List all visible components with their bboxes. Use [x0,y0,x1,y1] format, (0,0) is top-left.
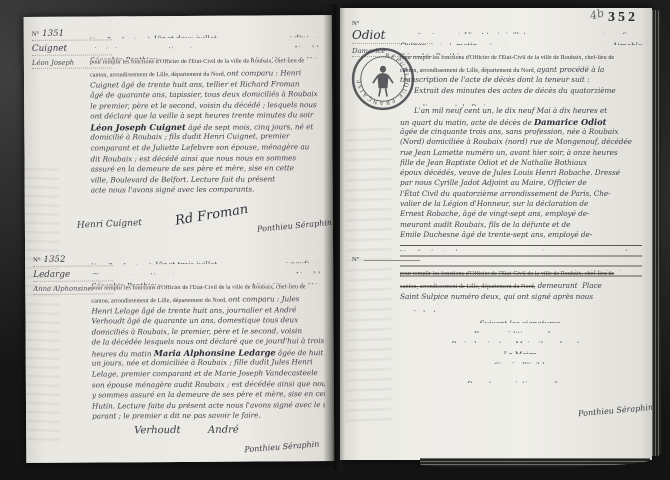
text-segment: Ernest Robache, âgé de vingt-sept ans, e… [400,209,589,218]
text-segment: comparant et de Juliette Lefebvre son ép… [90,142,309,152]
act-surname: Ledarge [33,270,70,280]
text-segment: Quinze [400,41,426,44]
register-line: Signé : Illisible [400,354,642,364]
marianne-figure [373,66,393,97]
signature-officer: Ponthieu Séraphin [244,440,320,455]
register-line: vingt cinq minutes du matin par-devant n… [90,37,323,49]
register-line: pour remplir les fonctions d'Officier de… [400,55,642,65]
text-segment: pour remplir les fonctions d'Officier de… [400,271,614,277]
numero-label: N° [33,257,40,264]
blank-rule [577,373,640,383]
text-segment: transcription de l'acte de décès dont la… [400,75,589,84]
book-gutter-shadow [323,4,345,470]
register-line: transcription de l'acte de décès dont la… [400,75,642,85]
text-segment: pour remplir les fonctions d'Officier de… [400,55,614,61]
blank-rule [402,373,465,383]
blank-rule [402,323,472,333]
right-page: 352 4b N° Odiot Damarice RÉPUBLIQUE FRAN… [340,8,652,460]
text-segment: Léon Joseph Cuignet [90,122,186,133]
page-stack-edge-bottom [420,458,650,467]
blank-rule [402,312,477,322]
register-line: un quart du matin, acte de décès de Dama… [400,117,642,127]
text-segment: canton, arrondissement de Lille, départe… [91,298,228,305]
register-line: Pour transcription conforme [400,373,642,383]
register-line: Emile Duchesne âgé de trente-sept ans, e… [400,230,642,240]
signature-officer: Ponthieu Séraphin [578,403,654,419]
text-segment: Suivent les signatures. [479,319,562,322]
text-segment: demeurant [535,281,582,290]
register-line: L'an mil neuf cent un, le Vingt trois ju… [400,24,642,34]
blank-rule [488,251,543,261]
page-stack-edge-right [652,10,661,456]
text-segment: âgé de sept mois, cinq jours, né et [186,122,313,132]
register-line: par nous Cyrille Jadot Adjoint au Maire,… [400,178,642,188]
register-line: acte nous l'avons signé avec les compara… [91,184,324,196]
text-segment: parant ; le premier a dit ne pas savoir … [92,411,261,421]
text-segment: âgée de cinquante trois ans, sans profes… [400,127,618,136]
register-line: Quinze minutes du matin par-devant nous … [400,34,642,44]
text-segment: Verhoudt âgé de quarante un ans, domesti… [91,316,298,326]
blank-rule [550,354,640,364]
act-number: 1351 [42,29,64,39]
text-segment: L'an [90,38,102,39]
blank-rule [364,247,420,261]
text-segment: son épouse ménagère audit Roubaix ; est … [92,379,325,389]
signature-witness: Rd Froman [174,202,249,229]
text-segment: âgée de huit mois, vingt [276,348,325,358]
ink-bleedthrough [25,167,61,447]
text-segment: fille de Jean Baptiste Odiot et de Natha… [400,158,587,167]
act-surname: Cuignet [32,44,67,54]
text-segment: Signé : Illisible [494,361,549,364]
blank-rule [493,96,640,106]
register-scan: N°1351 Cuignet Léon Joseph L'an mil neuf… [0,0,670,480]
act-1351-body: L'an mil neuf cent un, le Vingt deux jui… [90,26,324,196]
register-line: rue Jean Lamette numéro un, avant hier s… [400,148,642,158]
text-segment: domiciliés à Roubaix, le premier, père e… [92,326,302,336]
text-segment: Pour expédition conforme [474,330,568,333]
register-line: (Nord) domiciliée à Roubaix (nord) rue d… [400,137,642,147]
text-segment: Aimable [612,41,642,44]
register-line: âgée de cinquante trois ans, sans profes… [400,127,642,137]
text-segment: Maria Alphonsine Ledarge [154,347,276,358]
blank-rule [586,251,641,261]
text-segment: par nous Cyrille Jadot Adjoint au Maire,… [400,178,587,187]
numero-label: N° [352,20,359,27]
text-segment: ville, Boulevard de Belfort. Lecture fai… [91,174,276,184]
text-segment: un quart du matin, acte de décès de [400,118,534,127]
blank-rule [402,343,501,353]
blank-rule [402,354,492,364]
register-line: pour remplir les fonctions d'Officier de… [400,271,642,281]
text-segment: domicilié à Roubaix ; fils dudit Henri C… [90,132,289,142]
act-given-names: Léon Joseph [32,59,74,67]
text-segment: Lelage, premier comparant et de Marie Jo… [92,368,318,378]
text-segment: heures du matin [92,349,154,358]
text-segment: pour remplir les fonctions d'Officier de… [90,58,304,65]
signature-officer: Ponthieu Séraphin [257,218,333,234]
register-line: L'an mil neuf cent un, le dix neuf Mai à… [400,106,642,116]
blank-rule [593,333,640,343]
left-page: N°1351 Cuignet Léon Joseph L'an mil neuf… [24,15,335,463]
register-line: fille de Jean Baptiste Odiot et de Natha… [400,158,642,168]
blank-rule [546,240,623,250]
blank-rule [453,302,640,312]
text-segment: l'État Civil du quatorzième arrondisseme… [400,189,611,198]
text-segment: Le Maire. [503,350,538,353]
text-segment: (Nord) domiciliée à Roubaix (nord) rue d… [400,137,632,146]
register-line: après lecture. [400,302,642,312]
register-line: Extrait des minutes des actes de décès d… [400,86,642,96]
register-line: , Adjoint délégué par le Maire, [400,261,642,271]
text-segment: ont comparu : Jules [228,294,299,303]
text-segment: Emile Duchesne âgé de trente-sept ans, e… [400,230,592,239]
text-segment: acte nous l'avons signé avec les compara… [91,185,255,195]
blank-rule [570,323,640,333]
blank-rule [528,24,600,34]
text-segment: matin [139,271,160,275]
act-number: 1352 [44,255,66,265]
register-line: parant ; le premier a dit ne pas savoir … [92,410,325,422]
blank-rule [470,45,564,55]
text-segment: Place [582,281,602,290]
text-segment: ont comparu : Henri [227,68,301,77]
register-line: Séraphin Ponthieu, Adjoint délégué par l… [400,45,642,55]
text-segment: canton, arrondissement de Lille, départe… [90,72,227,79]
text-segment: rue Jean Lamette numéro un, avant hier s… [400,148,618,157]
register-line: L'an mil neuf cent un, leàheures [400,240,642,250]
text-segment: Cinq [91,271,108,275]
numero-label: N° [32,31,39,38]
act-odiot-body: L'an mil neuf cent un, le Vingt trois ju… [400,24,642,383]
text-segment: Cuignet âgé de trente huit ans, tellier … [90,79,299,89]
text-segment: Pour transcription conforme [467,380,575,383]
blank-rule [402,261,564,271]
text-segment: Henri Lelage âgé de trente huit ans, jou… [91,305,296,315]
text-segment: dit Roubaix ; est décédé ainsi que nous … [90,153,296,163]
text-segment: valier de la Légion d'Honneur, sur la dé… [400,199,588,208]
text-segment: Saint Sulpice numéro deux, qui ont signé… [400,292,593,301]
act-given-names: Anna Alphonsine [33,285,91,293]
blank-rule [462,240,539,250]
handwritten-page-mark: 4b [589,6,606,22]
register-line: Paris, le vingt un Mai mil neuf cent un [400,333,642,343]
blank-form-numero: N° [352,247,422,263]
register-line: canton, arrondissement de Lille, départe… [400,65,642,75]
register-line: Saint Sulpice numéro deux, qui ont signé… [400,292,642,302]
blank-rule [522,34,610,44]
register-line: époux décédés, veuve de Jules Louis Henr… [400,168,642,178]
register-line: l'État Civil du quatorzième arrondisseme… [400,189,642,199]
text-segment: époux décédés, veuve de Jules Louis Henr… [400,168,620,177]
text-segment: ayant procédé à la [537,65,605,74]
register-line: Pour expédition conforme [400,323,642,333]
text-segment: canton, arrondissement de Lille, départe… [400,284,535,290]
text-segment: Extrait des minutes des actes de décès d… [414,86,616,95]
act-surname: Odiot [352,28,385,42]
text-segment: canton, arrondissement de Lille, départe… [400,68,537,74]
text-segment: âgé de quarante ans, tapissier, tous deu… [90,89,318,99]
register-line: meurant audit Roubaix, fils de la défunt… [400,220,642,230]
signature-declarant-1: Henri Cuignet [77,218,142,231]
register-line: canton, arrondissement de Lille, départe… [400,281,642,291]
register-line: Ernest Robache, âgé de vingt-sept ans, e… [400,209,642,219]
register-line: valier de la Légion d'Honneur, sur la dé… [400,199,642,209]
text-segment: neuf [608,31,624,34]
act-1352-body: L'an mil neuf cent un, le Vingt trois ju… [91,252,325,422]
text-segment: Vingt trois juillet [464,31,526,34]
text-segment: meurant audit Roubaix, fils de la défunt… [400,220,570,229]
text-segment: ont déclaré que la veille à sept heures … [90,111,313,121]
ink-bleedthrough [346,128,392,428]
text-segment: pour remplir les fonctions d'Officier de… [91,284,305,291]
register-line: Suivent les signatures. [400,312,642,322]
text-segment: L'an mil neuf cent un, le dix neuf Mai à… [414,106,607,115]
text-segment: vingt cinq [90,45,126,49]
numero-label: N° [352,256,359,263]
text-segment: Hutin. Lecture faite du présent acte nou… [92,400,325,410]
blank-rule [541,343,640,353]
blank-rule [402,333,449,343]
text-segment: Damarice Odiot [534,117,606,127]
text-segment: L'an [91,264,103,265]
signature-declarant-2: Verhoudt André [134,425,239,437]
register-line: Le Maire. [400,343,642,353]
text-segment: assuré en la demeure de ses père et mère… [91,163,295,173]
text-segment: y sommes assuré en la demeure de ses pèr… [92,389,325,399]
blank-rule [565,312,640,322]
text-segment: de la décédée lesquels nous ont déclaré … [92,336,325,346]
text-segment: un jours, née et domiciliée à Roubaix ; … [92,358,313,368]
register-line: Cinq minutes du matin par-devant nous Ai… [91,263,324,275]
register-line: arrondissement de Paris. [400,96,642,106]
text-segment: le premier, père et le second, voisin du… [90,100,317,110]
register-line: minutes dupar devant nous [400,251,642,261]
